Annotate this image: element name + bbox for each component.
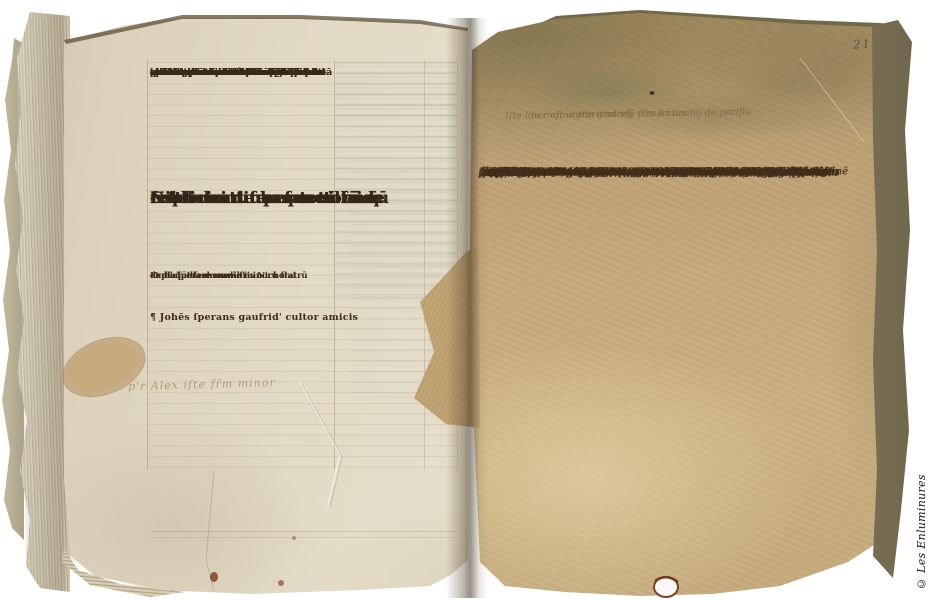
ruling-line-vertical	[424, 60, 425, 470]
colophon-line: et dr̄. ſperare manib'	[150, 271, 245, 282]
frame-line	[150, 531, 456, 532]
frame-line	[150, 537, 456, 538]
exlibris-line: ſine oratorij	[505, 107, 633, 124]
right-text-line: quod nō apparuit ſoli p̄fectis quia inui…	[479, 166, 804, 180]
photo-credit: © Les Enluminures	[915, 448, 937, 590]
manuscript-photo: et centuplum obtinebūt et dupli-cem hono…	[0, 0, 947, 600]
ruling-line-vertical	[147, 60, 148, 470]
ownership-inscription: ¶ Johēs ſperans gaufrid' cultor amicis	[150, 312, 358, 323]
upper-text-line: viui amen. ~~~~~~~~~~~~~~~~	[150, 68, 318, 79]
explicit-line: celebrantur per totū annū	[150, 188, 389, 207]
ruling-line-vertical	[334, 60, 335, 470]
